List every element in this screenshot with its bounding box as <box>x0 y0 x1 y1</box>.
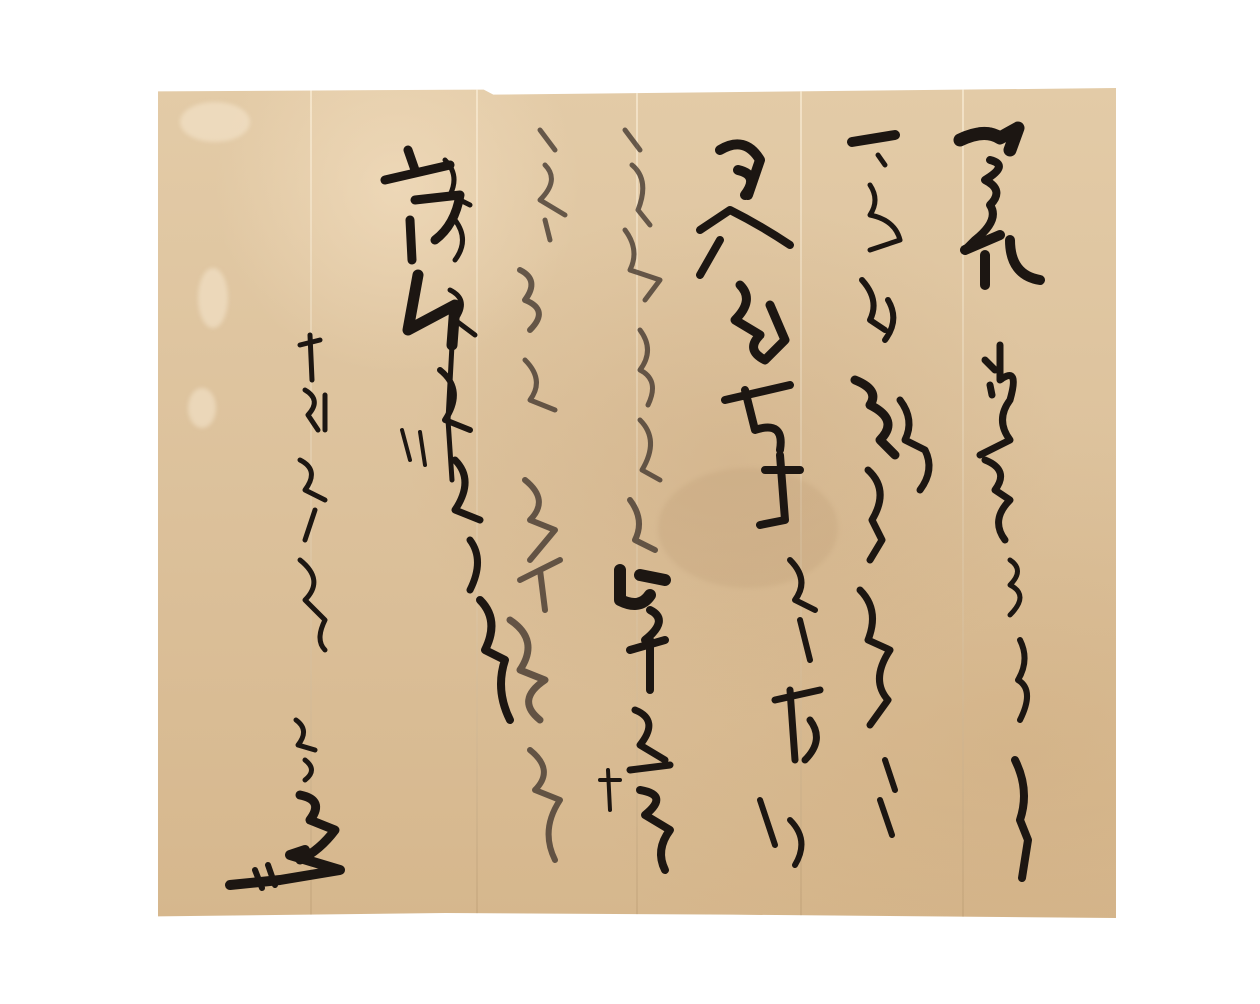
text-column-3 <box>700 144 820 865</box>
calligraphy-ink <box>0 0 1260 1004</box>
text-column-1 <box>960 128 1040 878</box>
text-column-6 <box>510 130 565 860</box>
text-column-5 <box>600 570 670 870</box>
date-line <box>300 335 325 650</box>
text-column-2 <box>852 135 929 835</box>
signature-monogram <box>230 720 340 888</box>
text-column-closing <box>385 150 460 480</box>
text-column-4 <box>625 130 660 550</box>
